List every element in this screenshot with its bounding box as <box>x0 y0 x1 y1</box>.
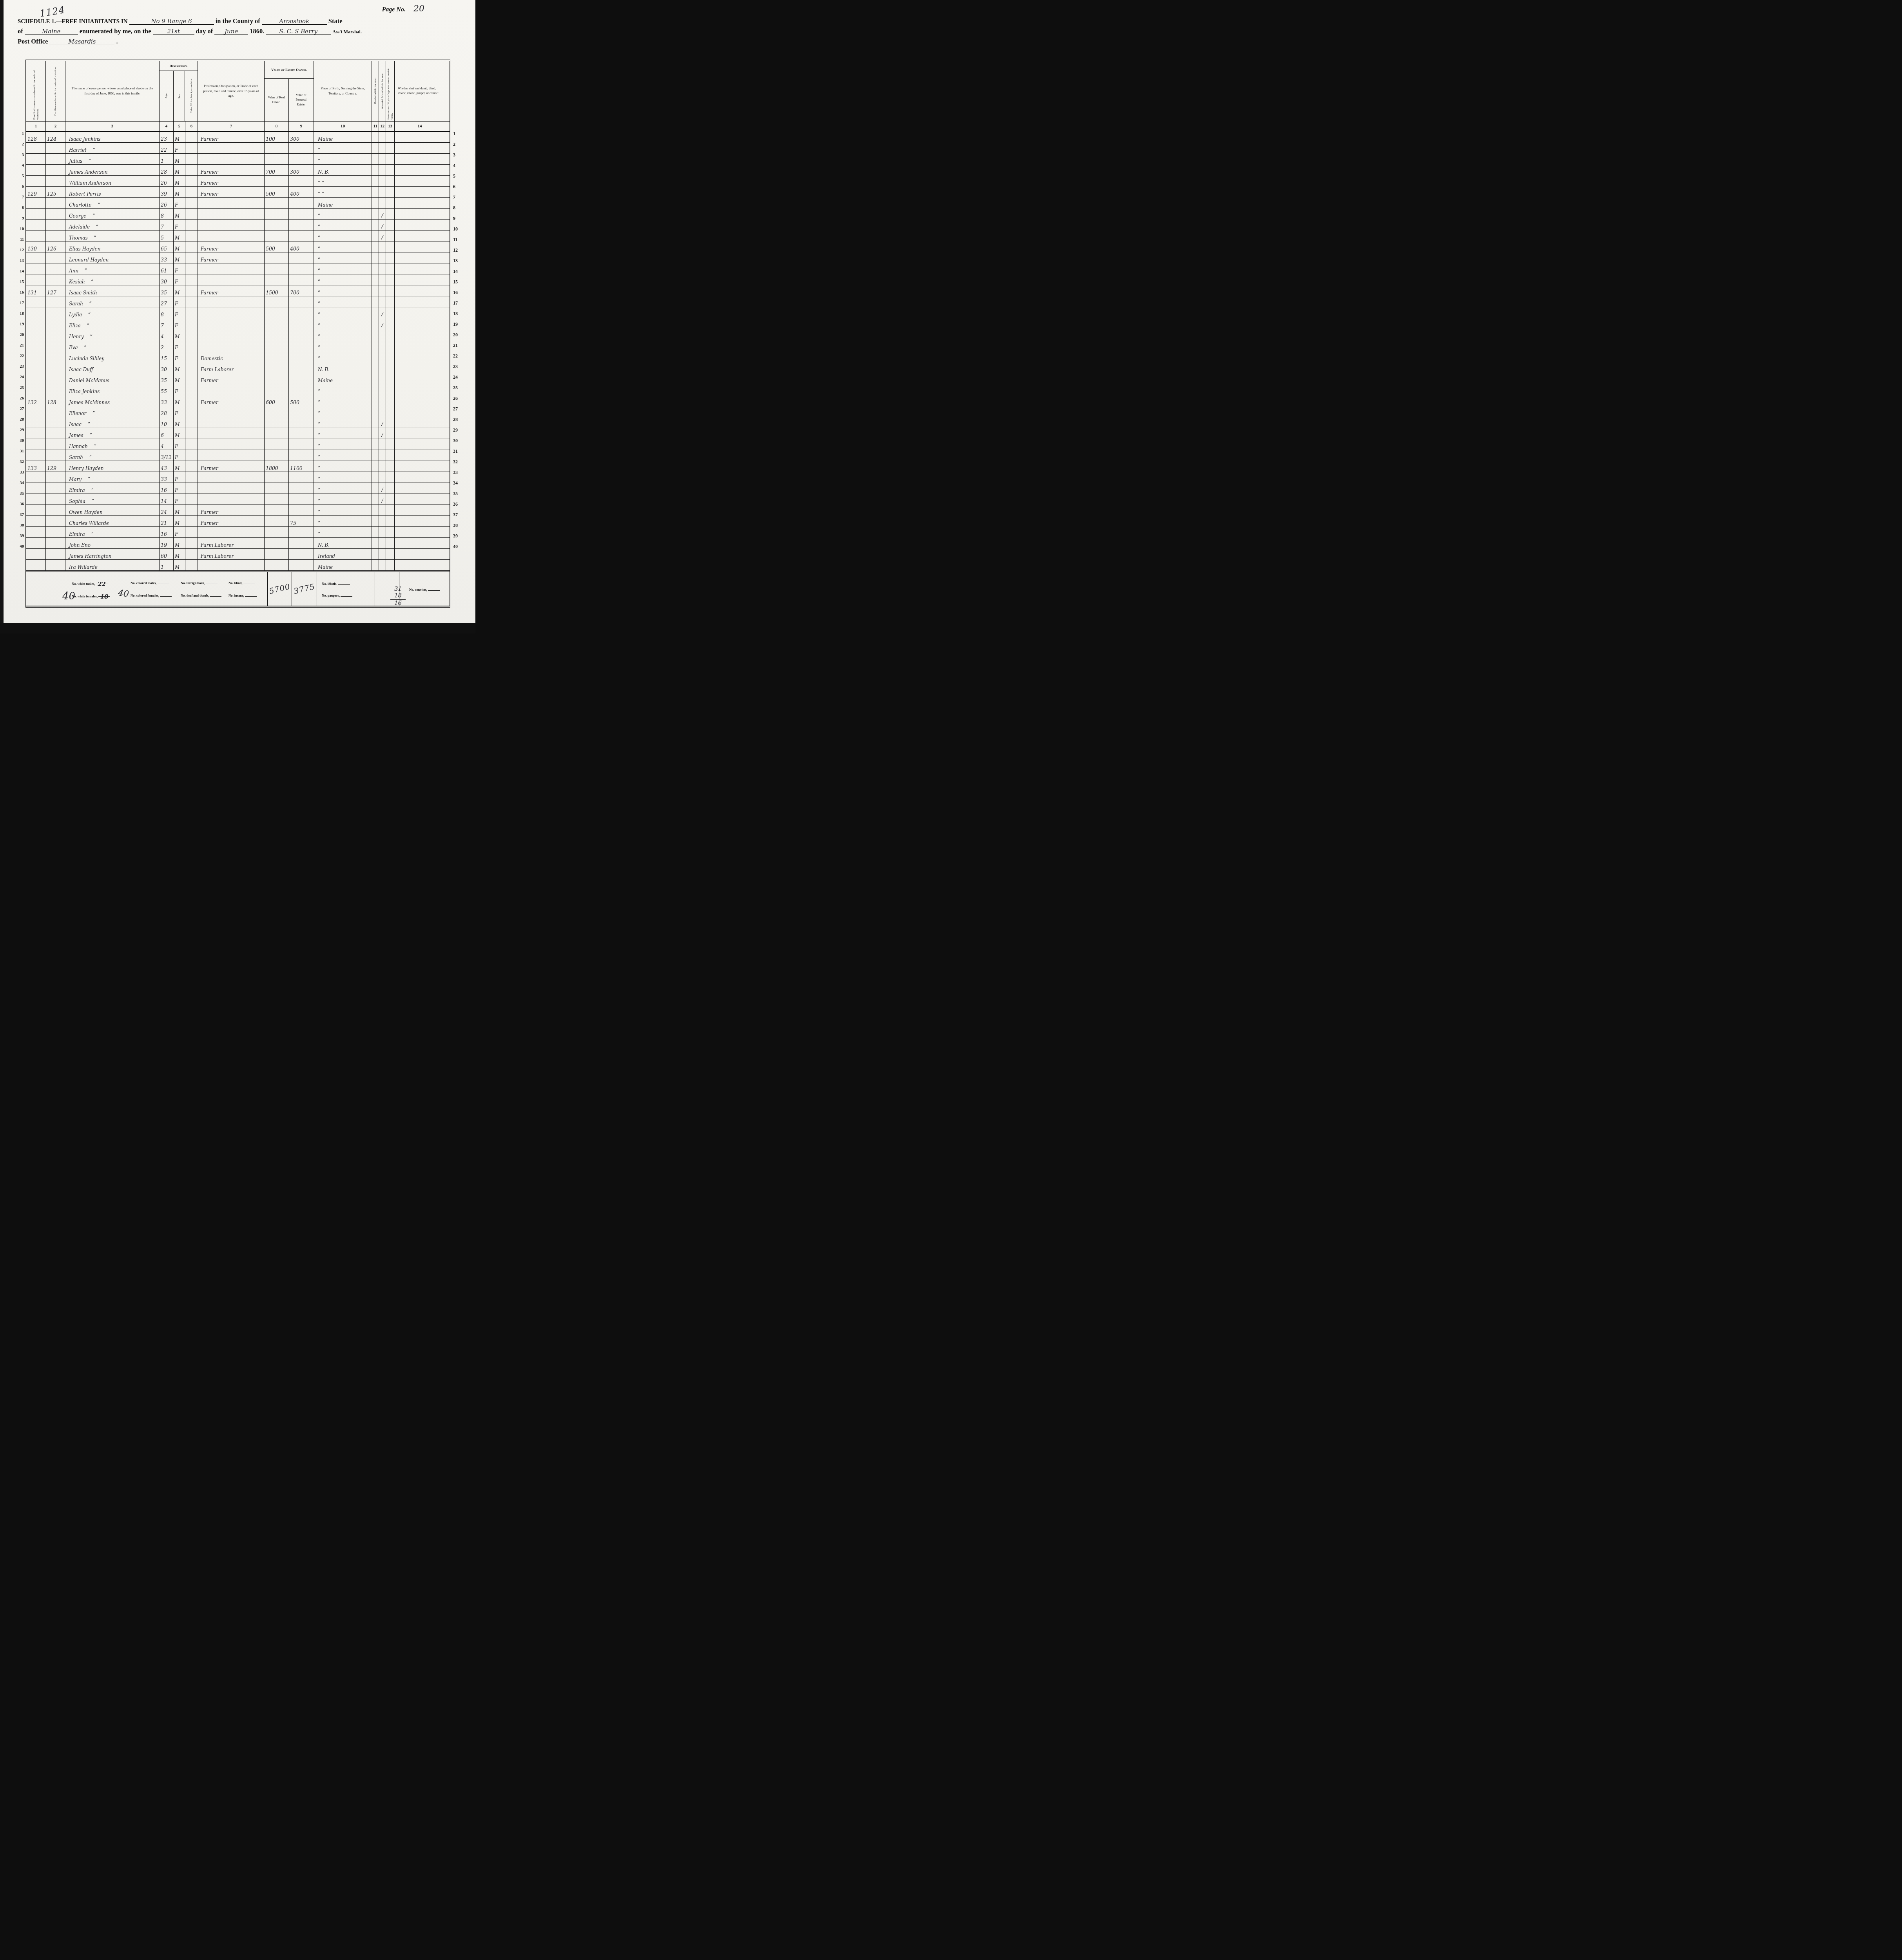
cell-birthplace: ” <box>314 318 372 329</box>
cell-personal-estate-value <box>289 417 314 428</box>
cell-cannot-read-write <box>386 296 395 307</box>
row-number: 3 <box>15 150 25 160</box>
cell-age: 8 <box>160 209 174 219</box>
row-number: 14 <box>453 266 466 277</box>
table-row: Henry ” 4 M ” <box>26 329 450 340</box>
cell-attended-school-mark: / <box>379 209 386 219</box>
row-number: 40 <box>453 541 466 552</box>
cell-age: 4 <box>160 329 174 340</box>
cell-occupation <box>198 198 265 208</box>
cell-name: Eliza Jenkins <box>65 384 160 395</box>
cell-family-number: 128 <box>46 395 65 406</box>
cell-cannot-read-write <box>386 439 395 450</box>
colnum-6: 6 <box>185 122 198 131</box>
cell-family-number <box>46 329 65 340</box>
cell-remarks <box>395 143 445 153</box>
table-row: 132 128 James McMinnes 33 M Farmer 600 5… <box>26 395 450 406</box>
cell-occupation <box>198 527 265 537</box>
cell-real-estate-value: 500 <box>265 241 289 252</box>
cell-color <box>185 220 198 230</box>
cell-sex: F <box>174 494 185 505</box>
row-number: 16 <box>15 287 25 298</box>
cell-family-number <box>46 516 65 526</box>
cell-color <box>185 263 198 274</box>
cell-dwelling-number <box>26 252 46 263</box>
row-number: 7 <box>15 192 25 203</box>
cell-attended-school-mark <box>379 351 386 362</box>
cell-sex: F <box>174 307 185 318</box>
cell-personal-estate-value <box>289 154 314 164</box>
table-row: Ann ” 61 F ” <box>26 263 450 274</box>
row-number: 11 <box>15 234 25 245</box>
cell-real-estate-value <box>265 176 289 186</box>
cell-sex: M <box>174 461 185 472</box>
cell-birthplace: ” <box>314 428 372 439</box>
cell-personal-estate-value <box>289 505 314 515</box>
cell-name: John Eno <box>65 538 160 548</box>
blind-label: No. blind, <box>228 581 243 585</box>
row-number-gutter-right: 1234567891011121314151617181920212223242… <box>450 60 466 608</box>
cell-name: Robert Perris <box>65 187 160 197</box>
cell-family-number <box>46 318 65 329</box>
post-office-field: Masardis <box>49 39 114 45</box>
cell-name: James McMinnes <box>65 395 160 406</box>
cell-sex: M <box>174 417 185 428</box>
cell-color <box>185 494 198 505</box>
cell-cannot-read-write <box>386 132 395 142</box>
cell-married-within-year <box>372 209 379 219</box>
cell-age: 26 <box>160 198 174 208</box>
cell-attended-school-mark <box>379 362 386 373</box>
cell-age: 8 <box>160 307 174 318</box>
cell-family-number <box>46 154 65 164</box>
colnum-10: 10 <box>314 122 372 131</box>
cell-occupation: Farmer <box>198 132 265 142</box>
cell-dwelling-number <box>26 483 46 494</box>
cell-real-estate-value <box>265 428 289 439</box>
cell-color <box>185 296 198 307</box>
cell-sex: M <box>174 230 185 241</box>
cell-birthplace: ” <box>314 395 372 406</box>
cell-remarks <box>395 252 445 263</box>
cell-remarks <box>395 527 445 537</box>
cell-color <box>185 198 198 208</box>
table-row: Charles Willarde 21 M Farmer 75 ” <box>26 516 450 527</box>
cell-real-estate-value <box>265 252 289 263</box>
cell-sex: M <box>174 241 185 252</box>
header-real-estate: Value of Real Estate. <box>265 79 289 121</box>
table-row: Lydia ” 8 F ” / <box>26 307 450 318</box>
row-number: 6 <box>15 181 25 192</box>
cell-age: 28 <box>160 165 174 175</box>
cell-color <box>185 143 198 153</box>
table-rows: 128 124 Isaac Jenkins 23 M Farmer 100 30… <box>26 132 450 572</box>
cell-family-number <box>46 263 65 274</box>
cell-dwelling-number <box>26 527 46 537</box>
cell-color <box>185 538 198 548</box>
cell-age: 55 <box>160 384 174 395</box>
cell-occupation <box>198 450 265 461</box>
cell-birthplace: ” <box>314 285 372 296</box>
cell-personal-estate-value <box>289 198 314 208</box>
table-row: 133 129 Henry Hayden 43 M Farmer 1800 11… <box>26 461 450 472</box>
row-number: 4 <box>15 160 25 171</box>
row-number: 38 <box>15 520 25 531</box>
cell-sex: M <box>174 560 185 570</box>
cell-attended-school-mark <box>379 132 386 142</box>
cell-cannot-read-write <box>386 198 395 208</box>
idiotic-label: No. idiotic. <box>322 582 337 586</box>
table-row: Adelaide ” 7 F ” / <box>26 220 450 230</box>
cell-age: 33 <box>160 395 174 406</box>
cell-age: 33 <box>160 252 174 263</box>
cell-married-within-year <box>372 428 379 439</box>
page-number: Page No. 20 <box>382 4 429 14</box>
cell-remarks <box>395 241 445 252</box>
table-row: Sarah ” 3/12 F ” <box>26 450 450 461</box>
cell-name: Isaac Jenkins <box>65 132 160 142</box>
cell-sex: M <box>174 165 185 175</box>
row-number: 29 <box>453 425 466 436</box>
cell-family-number <box>46 450 65 461</box>
cell-married-within-year <box>372 439 379 450</box>
cell-attended-school-mark <box>379 439 386 450</box>
cell-real-estate-value: 1800 <box>265 461 289 472</box>
cell-name: Henry Hayden <box>65 461 160 472</box>
cell-color <box>185 472 198 483</box>
cell-dwelling-number <box>26 220 46 230</box>
row-number: 34 <box>15 478 25 488</box>
cell-personal-estate-value <box>289 439 314 450</box>
cell-name: Eva ” <box>65 340 160 351</box>
cell-occupation: Domestic <box>198 351 265 362</box>
header-families: Families numbered in the order of visita… <box>46 61 65 121</box>
cell-personal-estate-value <box>289 176 314 186</box>
cell-sex: F <box>174 263 185 274</box>
cell-married-within-year <box>372 527 379 537</box>
cell-sex: M <box>174 209 185 219</box>
cell-color <box>185 516 198 526</box>
cell-birthplace: ” <box>314 505 372 515</box>
white-males-blank: 22 <box>96 579 108 584</box>
cell-age: 35 <box>160 285 174 296</box>
cell-married-within-year <box>372 340 379 351</box>
cell-personal-estate-value <box>289 406 314 417</box>
cell-personal-estate-value <box>289 220 314 230</box>
cell-real-estate-value <box>265 439 289 450</box>
cell-cannot-read-write <box>386 187 395 197</box>
cell-occupation: Farmer <box>198 373 265 384</box>
colnum-1: 1 <box>26 122 46 131</box>
colnum-9: 9 <box>289 122 314 131</box>
cell-birthplace: ” <box>314 340 372 351</box>
cell-attended-school-mark <box>379 538 386 548</box>
cell-remarks <box>395 428 445 439</box>
cell-name: Isaac Smith <box>65 285 160 296</box>
cell-personal-estate-value <box>289 384 314 395</box>
table-row: Charlotte ” 26 F Maine <box>26 198 450 209</box>
row-number: 33 <box>15 467 25 478</box>
cell-family-number <box>46 209 65 219</box>
cell-real-estate-value <box>265 373 289 384</box>
cell-birthplace: ” <box>314 154 372 164</box>
cell-occupation <box>198 263 265 274</box>
cell-attended-school-mark <box>379 274 386 285</box>
row-number: 24 <box>15 372 25 383</box>
row-number: 25 <box>453 383 466 393</box>
cell-family-number <box>46 143 65 153</box>
cell-color <box>185 417 198 428</box>
cell-birthplace: ” <box>314 209 372 219</box>
cell-family-number: 127 <box>46 285 65 296</box>
cell-age: 60 <box>160 549 174 559</box>
cell-name: Elias Hayden <box>65 241 160 252</box>
cell-married-within-year <box>372 220 379 230</box>
cell-attended-school-mark: / <box>379 483 386 494</box>
cell-married-within-year <box>372 252 379 263</box>
cell-real-estate-value <box>265 384 289 395</box>
cell-color <box>185 318 198 329</box>
cell-sex: F <box>174 483 185 494</box>
row-number: 14 <box>15 266 25 277</box>
cell-family-number: 124 <box>46 132 65 142</box>
cell-age: 61 <box>160 263 174 274</box>
cell-family-number <box>46 307 65 318</box>
cell-age: 22 <box>160 143 174 153</box>
cell-dwelling-number <box>26 450 46 461</box>
blind-blank <box>243 579 255 584</box>
cell-married-within-year <box>372 198 379 208</box>
cell-age: 3/12 <box>160 450 174 461</box>
cell-attended-school-mark <box>379 176 386 186</box>
cell-birthplace: ” <box>314 252 372 263</box>
table-row: Sophia ” 14 F ” / <box>26 494 450 505</box>
cell-attended-school-mark: / <box>379 220 386 230</box>
cell-cannot-read-write <box>386 307 395 318</box>
cell-sex: F <box>174 220 185 230</box>
cell-occupation <box>198 494 265 505</box>
cell-occupation: Farm Laborer <box>198 549 265 559</box>
cell-family-number <box>46 220 65 230</box>
cell-married-within-year <box>372 494 379 505</box>
cell-sex: F <box>174 296 185 307</box>
row-number: 30 <box>453 436 466 446</box>
cell-name: Eliza ” <box>65 318 160 329</box>
cell-color <box>185 329 198 340</box>
cell-family-number <box>46 483 65 494</box>
cell-occupation <box>198 483 265 494</box>
colnum-4: 4 <box>160 122 174 131</box>
cell-birthplace: ” <box>314 263 372 274</box>
cell-attended-school-mark <box>379 198 386 208</box>
cell-remarks <box>395 351 445 362</box>
cell-color <box>185 428 198 439</box>
cell-remarks <box>395 274 445 285</box>
cell-color <box>185 461 198 472</box>
cell-remarks <box>395 263 445 274</box>
cell-attended-school-mark <box>379 285 386 296</box>
cell-family-number: 125 <box>46 187 65 197</box>
colnum-8: 8 <box>265 122 289 131</box>
row-number: 38 <box>453 520 466 531</box>
cell-color <box>185 187 198 197</box>
cell-birthplace: N. B. <box>314 362 372 373</box>
cell-dwelling-number <box>26 263 46 274</box>
cell-remarks <box>395 461 445 472</box>
cell-dwelling-number <box>26 362 46 373</box>
table-row: Ellenor ” 28 F ” <box>26 406 450 417</box>
table-row: Sarah ” 27 F ” <box>26 296 450 307</box>
row-number: 19 <box>15 319 25 330</box>
table-row: Hannah ” 4 F ” <box>26 439 450 450</box>
cell-family-number <box>46 549 65 559</box>
cell-cannot-read-write <box>386 406 395 417</box>
schedule-line-1: Schedule 1.—Free Inhabitants in No 9 Ran… <box>18 18 468 25</box>
row-number: 19 <box>453 319 466 330</box>
cell-sex: M <box>174 329 185 340</box>
cell-remarks <box>395 318 445 329</box>
cell-personal-estate-value: 500 <box>289 395 314 406</box>
cell-real-estate-value <box>265 362 289 373</box>
cell-age: 30 <box>160 362 174 373</box>
cell-attended-school-mark <box>379 450 386 461</box>
cell-dwelling-number <box>26 439 46 450</box>
cell-attended-school-mark <box>379 527 386 537</box>
cell-family-number <box>46 230 65 241</box>
cell-occupation <box>198 472 265 483</box>
cell-personal-estate-value <box>289 296 314 307</box>
cell-dwelling-number <box>26 505 46 515</box>
cell-sex: M <box>174 132 185 142</box>
row-number: 16 <box>453 287 466 298</box>
cell-name: William Anderson <box>65 176 160 186</box>
cell-cannot-read-write <box>386 373 395 384</box>
cell-family-number <box>46 351 65 362</box>
cell-cannot-read-write <box>386 241 395 252</box>
cell-name: Adelaide ” <box>65 220 160 230</box>
cell-attended-school-mark <box>379 252 386 263</box>
header-color: Color, White, black, or mulatto. <box>185 71 198 121</box>
table-row: John Eno 19 M Farm Laborer N. B. <box>26 538 450 549</box>
district-field: No 9 Range 6 <box>129 18 214 25</box>
cell-cannot-read-write <box>386 143 395 153</box>
table-row: Isaac ” 10 M ” / <box>26 417 450 428</box>
row-number: 36 <box>453 499 466 510</box>
cell-occupation <box>198 318 265 329</box>
table-row: Ira Willarde 1 M Maine <box>26 560 450 571</box>
cell-name: Julius ” <box>65 154 160 164</box>
row-number: 26 <box>15 393 25 404</box>
cell-married-within-year <box>372 450 379 461</box>
cell-real-estate-value <box>265 263 289 274</box>
cell-married-within-year <box>372 351 379 362</box>
cell-attended-school-mark <box>379 373 386 384</box>
cell-color <box>185 483 198 494</box>
cell-color <box>185 395 198 406</box>
cell-age: 1 <box>160 560 174 570</box>
cell-occupation <box>198 340 265 351</box>
cell-remarks <box>395 494 445 505</box>
cell-real-estate-value <box>265 417 289 428</box>
table-row: William Anderson 26 M Farmer ” ” <box>26 176 450 187</box>
row-number: 13 <box>453 256 466 266</box>
description-group-title: Description. <box>160 61 198 71</box>
cell-remarks <box>395 187 445 197</box>
cell-dwelling-number <box>26 340 46 351</box>
cell-real-estate-value <box>265 307 289 318</box>
cell-name: Ann ” <box>65 263 160 274</box>
cell-color <box>185 154 198 164</box>
cell-cannot-read-write <box>386 318 395 329</box>
colnum-11: 11 <box>372 122 379 131</box>
cell-remarks <box>395 560 445 570</box>
cell-dwelling-number <box>26 417 46 428</box>
cell-name: Sarah ” <box>65 296 160 307</box>
cell-cannot-read-write <box>386 230 395 241</box>
cell-married-within-year <box>372 241 379 252</box>
cell-sex: M <box>174 395 185 406</box>
cell-attended-school-mark <box>379 395 386 406</box>
bottom-tally-left: 40 <box>62 590 75 602</box>
row-number: 40 <box>15 541 25 552</box>
cell-cannot-read-write <box>386 549 395 559</box>
cell-attended-school-mark <box>379 461 386 472</box>
cell-birthplace: ” <box>314 461 372 472</box>
enumerated-label: enumerated by me, on the <box>80 27 151 35</box>
cell-sex: M <box>174 373 185 384</box>
cell-family-number <box>46 439 65 450</box>
cell-sex: F <box>174 274 185 285</box>
cell-dwelling-number <box>26 373 46 384</box>
page-number-label: Page No. <box>382 6 406 13</box>
table-row: Eva ” 2 F ” <box>26 340 450 351</box>
cell-married-within-year <box>372 516 379 526</box>
cell-sex: M <box>174 154 185 164</box>
cell-age: 28 <box>160 406 174 417</box>
row-number: 26 <box>453 393 466 404</box>
cell-remarks <box>395 439 445 450</box>
colnum-12: 12 <box>379 122 386 131</box>
row-number: 18 <box>15 309 25 319</box>
cell-occupation: Farmer <box>198 505 265 515</box>
cell-married-within-year <box>372 285 379 296</box>
state-label: State <box>328 17 343 25</box>
cell-cannot-read-write <box>386 362 395 373</box>
cell-name: Ellenor ” <box>65 406 160 417</box>
table-row: James Anderson 28 M Farmer 700 300 N. B. <box>26 165 450 176</box>
row-number: 31 <box>453 446 466 457</box>
cell-birthplace: Maine <box>314 198 372 208</box>
cell-attended-school-mark <box>379 296 386 307</box>
cell-personal-estate-value <box>289 351 314 362</box>
scan-edge-bottom <box>0 623 475 633</box>
cell-real-estate-value <box>265 472 289 483</box>
cell-remarks <box>395 483 445 494</box>
cell-personal-estate-value <box>289 450 314 461</box>
paper-background: 1124 Page No. 20 Schedule 1.—Free Inhabi… <box>4 0 475 623</box>
header-sex: Sex. <box>174 71 185 121</box>
bottom-notes: 40 40 31 18 16 <box>4 588 475 619</box>
cell-personal-estate-value <box>289 549 314 559</box>
cell-occupation: Farmer <box>198 165 265 175</box>
cell-attended-school-mark: / <box>379 318 386 329</box>
cell-sex: M <box>174 538 185 548</box>
cell-married-within-year <box>372 318 379 329</box>
cell-remarks <box>395 132 445 142</box>
cell-married-within-year <box>372 187 379 197</box>
cell-birthplace: Maine <box>314 560 372 570</box>
cell-birthplace: ” <box>314 329 372 340</box>
